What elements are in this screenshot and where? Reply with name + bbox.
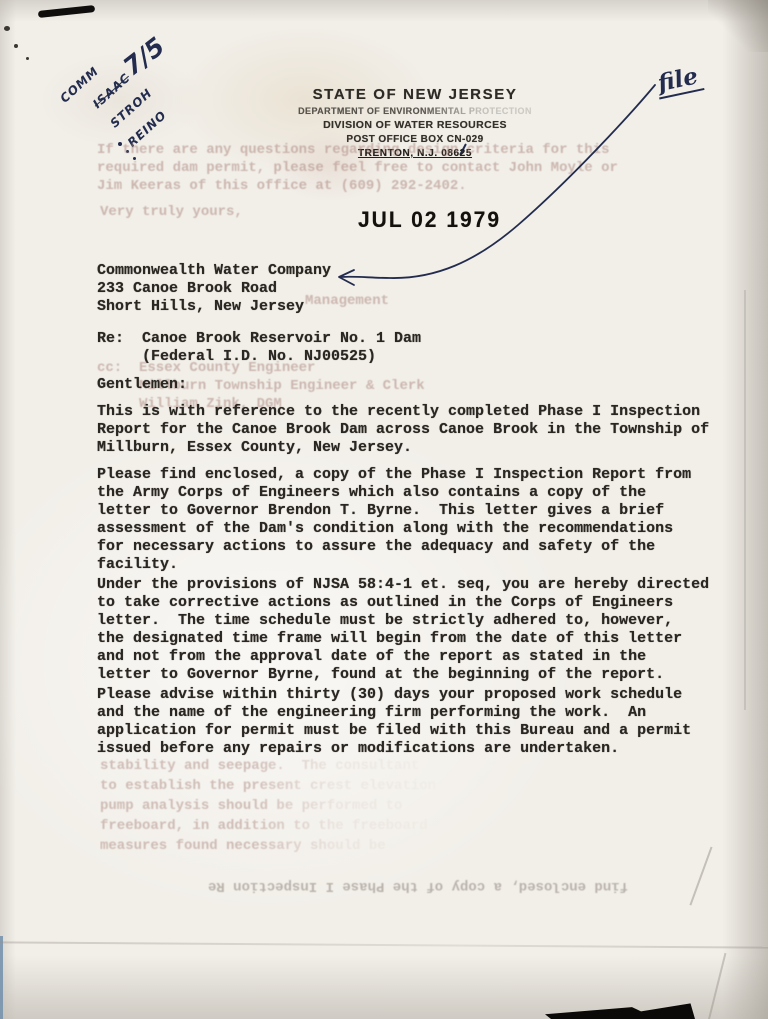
paper-crease [708,953,726,1019]
paper-crease [689,847,712,906]
pen-arrow-annotation [320,75,670,290]
body-paragraph-3: Under the provisions of NJSA 58:4-1 et. … [97,576,709,684]
salutation: Gentlemen: [97,376,187,394]
body-paragraph-2: Please find enclosed, a copy of the Phas… [97,466,691,574]
paper-crease [0,941,768,948]
bleed-through-inverted-line: find enclosed, a copy of the Phase I Ins… [158,878,628,894]
paper-crease [744,290,746,710]
ink-speck [14,44,18,48]
staple-mark [38,5,95,18]
bleed-through-text-bottom: stability and seepage. The consultant to… [100,756,436,856]
recipient-address: Commonwealth Water Company 233 Canoe Bro… [97,262,331,316]
scan-edge-line [0,936,3,1019]
body-paragraph-1: This is with reference to the recently c… [97,403,709,457]
body-paragraph-4: Please advise within thirty (30) days yo… [97,686,691,758]
scan-corner-shadow [708,0,768,52]
ink-speck [4,26,10,31]
scan-edge-artifact [545,1002,695,1019]
bleed-through-closing: Very truly yours, [100,203,243,221]
bleed-through-management: Management [305,292,389,310]
scanned-letter-page: COMM ISAAC STROH REINO 7/5 file STATE OF… [0,0,768,1019]
ink-speck [26,57,29,60]
